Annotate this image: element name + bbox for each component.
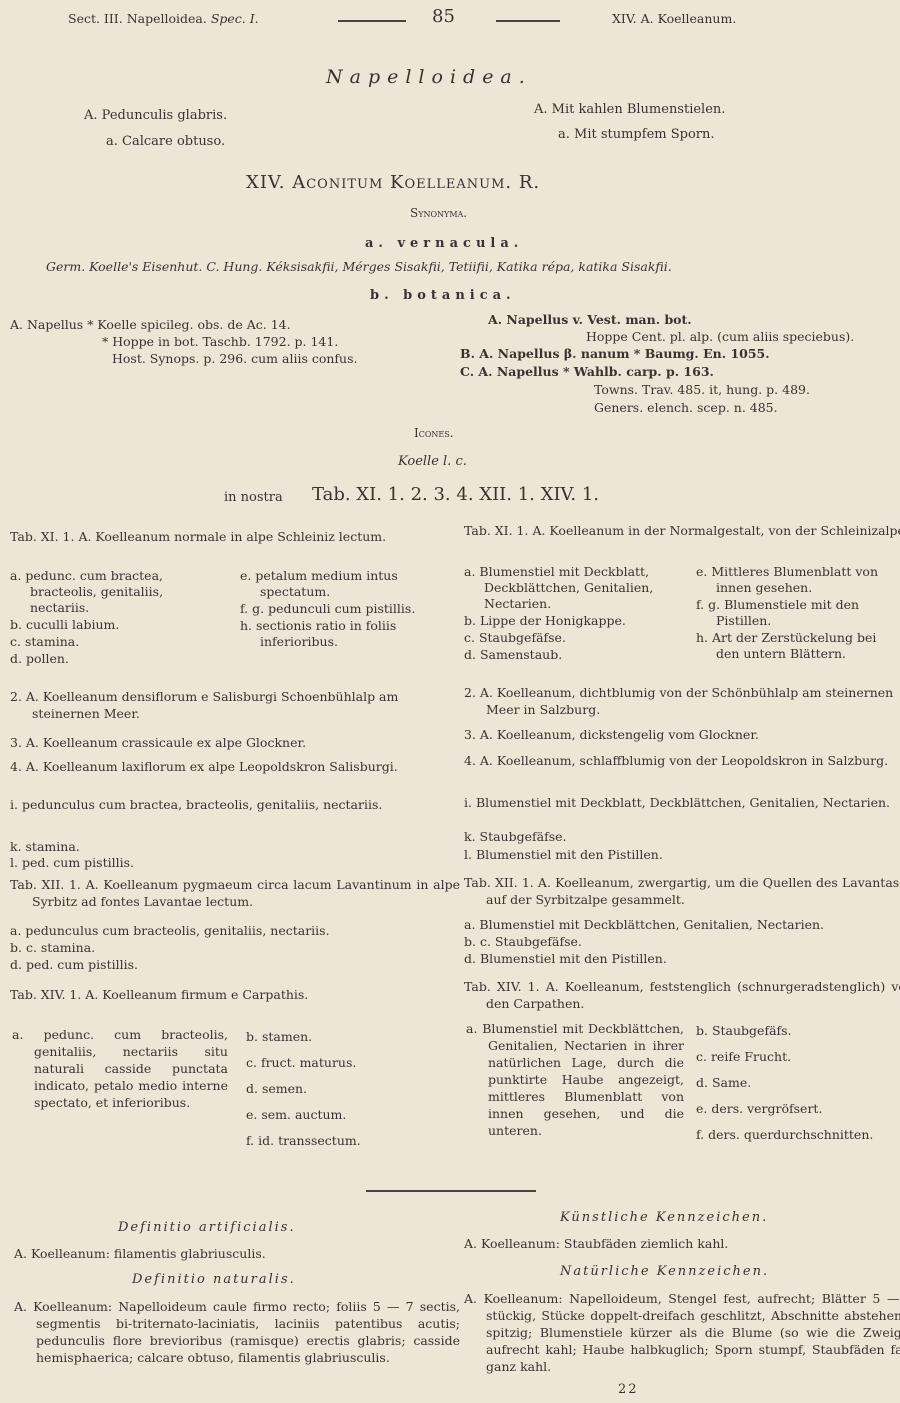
- latin-item-2: 2. A. Koelleanum densiflorum e Salisburg…: [10, 688, 460, 722]
- german-natural-text: A. Koelleanum: Napelloideum, Stengel fes…: [464, 1290, 900, 1375]
- subhead-german-a: A. Mit kahlen Blumenstielen.: [534, 102, 725, 117]
- botanica-right-2: B. A. Napellus β. nanum * Baumg. En. 105…: [460, 346, 770, 361]
- german-tab11-c: c. Staubgefäfse.: [464, 630, 676, 646]
- latin-item-3: 3. A. Koelleanum crassicaule ex alpe Glo…: [10, 734, 460, 751]
- icones-nostra: in nostra: [224, 490, 283, 505]
- vernacula-line: Germ. Koelle's Eisenhut. C. Hung. Kéksis…: [46, 259, 672, 274]
- latin-tab14-c: c. fruct. maturus.: [246, 1050, 436, 1075]
- latin-tab11-left: a. pedunc. cum bractea, bracteolis, geni…: [10, 568, 222, 668]
- german-tab11-h: h. Art der Zerstückelung bei den untern …: [696, 630, 892, 662]
- german-tab12-items: a. Blumenstiel mit Deckblättchen, Genita…: [464, 916, 892, 967]
- latin-tab12-a: a. pedunculus cum bracteolis, genitaliis…: [10, 922, 438, 939]
- latin-tab11-h: h. sectionis ratio in foliis inferioribu…: [240, 618, 436, 650]
- icones-tab-refs: Tab. XI. 1. 2. 3. 4. XII. 1. XIV. 1.: [312, 484, 599, 505]
- latin-tab11-right: e. petalum medium intus spectatum. f. g.…: [240, 568, 436, 651]
- german-artificial-heading: Künstliche Kennzeichen.: [560, 1210, 768, 1225]
- german-item-3: 3. A. Koelleanum, dickstengelig vom Gloc…: [464, 726, 900, 743]
- botanica-right-5: Geners. elench. scep. n. 485.: [594, 400, 778, 415]
- latin-natural-text: A. Koelleanum: Napelloideum caule firmo …: [14, 1298, 460, 1366]
- german-tab11-b: b. Lippe der Honigkappe.: [464, 613, 676, 629]
- latin-tab14-right: b. stamen. c. fruct. maturus. d. semen. …: [246, 1024, 436, 1154]
- latin-tab11-e: e. petalum medium intus spectatum.: [240, 568, 436, 600]
- latin-tab12-bc: b. c. stamina.: [10, 939, 438, 956]
- latin-tab12-items: a. pedunculus cum bracteolis, genitaliis…: [10, 922, 438, 973]
- running-header-left: Sect. III. Napelloidea. Spec. I.: [68, 11, 259, 26]
- latin-natural-heading: Definitio naturalis.: [132, 1272, 296, 1287]
- latin-item-i: i. pedunculus cum bractea, bracteolis, g…: [10, 796, 460, 813]
- header-rule-right: [496, 20, 560, 22]
- latin-item-4: 4. A. Koelleanum laxiflorum ex alpe Leop…: [10, 758, 460, 775]
- icones-koelle: Koelle l. c.: [398, 454, 467, 469]
- german-tab14-c: c. reife Frucht.: [696, 1044, 892, 1069]
- botanica-heading: b. botanica.: [370, 288, 516, 303]
- german-item-i: i. Blumenstiel mit Deckblatt, Deckblättc…: [464, 794, 900, 811]
- latin-tab14-d: d. semen.: [246, 1076, 436, 1101]
- german-tab14-left: a. Blumenstiel mit Deckblättchen, Genita…: [466, 1020, 684, 1139]
- german-tab11-e: e. Mittleres Blumenblatt von innen geseh…: [696, 564, 892, 596]
- german-tab11-right: e. Mittleres Blumenblatt von innen geseh…: [696, 564, 892, 663]
- latin-tab11-a: a. pedunc. cum bractea, bracteolis, geni…: [10, 568, 222, 616]
- icones-heading: Icones.: [414, 426, 454, 440]
- section-title: Napelloidea.: [326, 66, 532, 88]
- section-divider: [366, 1190, 536, 1192]
- page-number: 85: [432, 6, 455, 27]
- german-item-k: k. Staubgefäfse.: [464, 828, 567, 845]
- subhead-latin-a: A. Pedunculis glabris.: [84, 108, 227, 123]
- german-tab14-right: b. Staubgefäfs. c. reife Frucht. d. Same…: [696, 1018, 892, 1148]
- running-header-right: XIV. A. Koelleanum.: [612, 11, 736, 26]
- botanica-left-0: A. Napellus * Koelle spicileg. obs. de A…: [10, 317, 291, 332]
- signature-mark: 22: [618, 1382, 639, 1397]
- botanica-right-3: C. A. Napellus * Wahlb. carp. p. 163.: [460, 364, 714, 379]
- german-tab12-title: Tab. XII. 1. A. Koelleanum, zwergartig, …: [464, 874, 900, 908]
- german-tab12-a: a. Blumenstiel mit Deckblättchen, Genita…: [464, 916, 892, 933]
- latin-tab12-title: Tab. XII. 1. A. Koelleanum pygmaeum circ…: [10, 876, 460, 910]
- german-artificial-text: A. Koelleanum: Staubfäden ziemlich kahl.: [464, 1236, 728, 1251]
- german-tab11-fg: f. g. Blumenstiele mit den Pistillen.: [696, 597, 892, 629]
- header-spec: Spec. I.: [211, 11, 259, 26]
- vernacula-heading: a. vernacula.: [365, 236, 523, 251]
- latin-tab14-f: f. id. transsectum.: [246, 1128, 436, 1153]
- synonyma-heading: Synonyma.: [410, 206, 467, 220]
- german-tab14-d: d. Same.: [696, 1070, 892, 1095]
- latin-tab11-b: b. cuculli labium.: [10, 617, 222, 633]
- latin-artificial-text: A. Koelleanum: filamentis glabriusculis.: [14, 1246, 266, 1261]
- latin-tab12-d: d. ped. cum pistillis.: [10, 956, 438, 973]
- botanica-right-0: A. Napellus v. Vest. man. bot.: [488, 312, 692, 327]
- german-item-2: 2. A. Koelleanum, dichtblumig von der Sc…: [464, 684, 900, 718]
- german-tab12-bc: b. c. Staubgefäfse.: [464, 933, 892, 950]
- german-item-l: l. Blumenstiel mit den Pistillen.: [464, 846, 663, 863]
- subhead-latin-b: a. Calcare obtuso.: [106, 134, 225, 149]
- german-tab11-d: d. Samenstaub.: [464, 647, 676, 663]
- latin-tab11-title: Tab. XI. 1. A. Koelleanum normale in alp…: [10, 528, 460, 545]
- latin-artificial-heading: Definitio artificialis.: [118, 1220, 296, 1235]
- german-tab11-title: Tab. XI. 1. A. Koelleanum in der Normalg…: [464, 522, 900, 539]
- german-tab14-f: f. ders. querdurchschnitten.: [696, 1122, 892, 1147]
- german-tab14-b: b. Staubgefäfs.: [696, 1018, 892, 1043]
- header-rule-left: [338, 20, 406, 22]
- botanica-right-4: Towns. Trav. 485. it, hung. p. 489.: [594, 382, 810, 397]
- botanica-left-1: * Hoppe in bot. Taschb. 1792. p. 141.: [102, 334, 338, 349]
- header-section: Sect. III. Napelloidea.: [68, 11, 207, 26]
- latin-tab14-b: b. stamen.: [246, 1024, 436, 1049]
- german-tab11-a: a. Blumenstiel mit Deckblatt, Deckblättc…: [464, 564, 676, 612]
- latin-item-k: k. stamina.: [10, 838, 80, 855]
- latin-tab11-c: c. stamina.: [10, 634, 222, 650]
- german-tab14-title: Tab. XIV. 1. A. Koelleanum, feststenglic…: [464, 978, 900, 1012]
- german-natural-heading: Natürliche Kennzeichen.: [560, 1264, 769, 1279]
- latin-tab14-e: e. sem. auctum.: [246, 1102, 436, 1127]
- latin-item-l: l. ped. cum pistillis.: [10, 854, 134, 871]
- species-title: XIV. Aconitum Koelleanum. R.: [246, 172, 540, 193]
- botanica-left-2: Host. Synops. p. 296. cum aliis confus.: [112, 351, 357, 366]
- botanica-right-1: Hoppe Cent. pl. alp. (cum aliis speciebu…: [586, 329, 854, 344]
- german-item-4: 4. A. Koelleanum, schlaffblumig von der …: [464, 752, 900, 769]
- german-tab12-d: d. Blumenstiel mit den Pistillen.: [464, 950, 892, 967]
- latin-tab11-fg: f. g. pedunculi cum pistillis.: [240, 601, 436, 617]
- latin-tab14-title: Tab. XIV. 1. A. Koelleanum firmum e Carp…: [10, 986, 438, 1003]
- german-tab14-e: e. ders. vergröfsert.: [696, 1096, 892, 1121]
- latin-tab11-d: d. pollen.: [10, 651, 222, 667]
- german-tab11-left: a. Blumenstiel mit Deckblatt, Deckblättc…: [464, 564, 676, 664]
- subhead-german-b: a. Mit stumpfem Sporn.: [558, 127, 715, 142]
- latin-tab14-left: a. pedunc. cum bracteolis, genitaliis, n…: [12, 1026, 228, 1111]
